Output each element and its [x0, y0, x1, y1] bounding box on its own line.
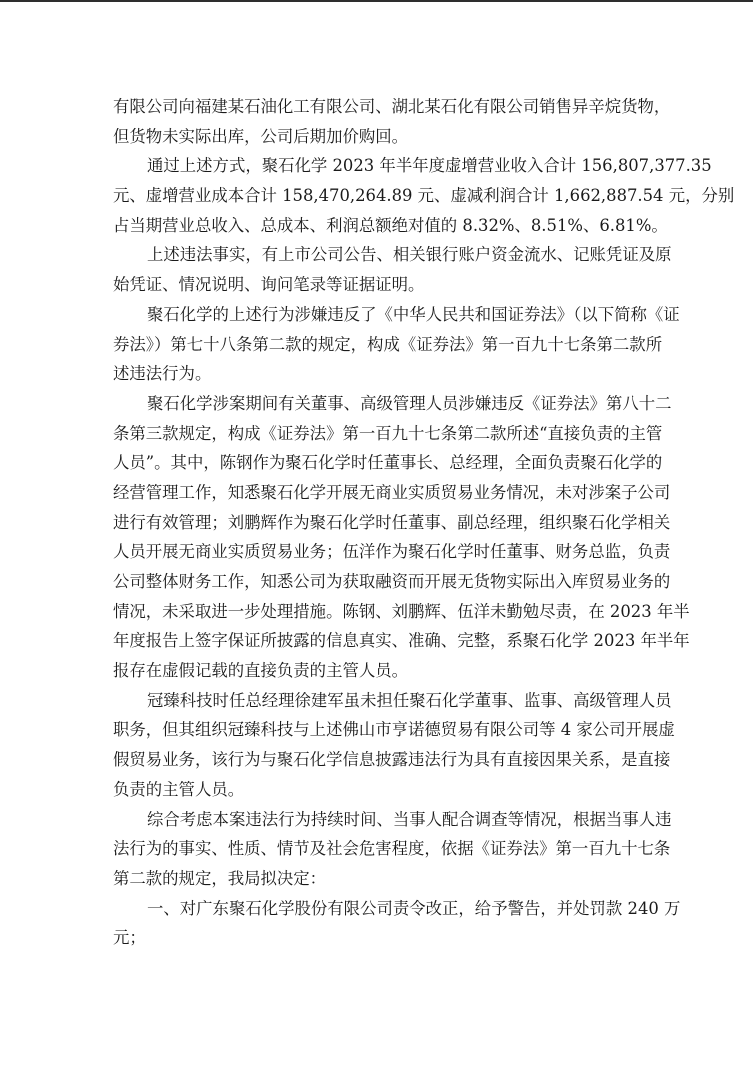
text-line: 负责的主管人员。 — [113, 775, 635, 805]
text-line: 综合考虑本案违法行为持续时间、当事人配合调查等情况，根据当事人违 — [113, 805, 635, 835]
text-line: 年度报告上签字保证所披露的信息真实、准确、完整，系聚石化学 2023 年半年 — [113, 626, 635, 656]
paragraph-evidence: 上述违法事实，有上市公司公告、相关银行账户资金流水、记账凭证及原 始凭证、情况说… — [113, 240, 635, 299]
text-line: 条第三款规定，构成《证券法》第一百九十七条第二款所述“直接负责的主管 — [113, 419, 635, 449]
text-line: 券法》）第七十八条第二款的规定，构成《证券法》第一百九十七条第二款所 — [113, 330, 635, 360]
paragraph-decision-item-1: 一、对广东聚石化学股份有限公司责令改正，给予警告，并处罚款 240 万 元； — [113, 894, 635, 953]
text-line: 经营管理工作，知悉聚石化学开展无商业实质贸易业务情况，未对涉案子公司 — [113, 478, 635, 508]
text-line: 假贸易业务，该行为与聚石化学信息披露违法行为具有直接因果关系，是直接 — [113, 745, 635, 775]
text-line: 述违法行为。 — [113, 359, 635, 389]
text-line: 冠臻科技时任总经理徐建军虽未担任聚石化学董事、监事、高级管理人员 — [113, 686, 635, 716]
text-line: 上述违法事实，有上市公司公告、相关银行账户资金流水、记账凭证及原 — [113, 240, 635, 270]
paragraph-inflated-figures: 通过上述方式，聚石化学 2023 年半年度虚增营业收入合计 156,807,37… — [113, 151, 635, 240]
paragraph-continuation: 有限公司向福建某石油化工有限公司、湖北某石化有限公司销售异辛烷货物， 但货物未实… — [113, 92, 635, 151]
text-line: 第二款的规定，我局拟决定： — [113, 864, 635, 894]
paragraph-guanzhen-tech: 冠臻科技时任总经理徐建军虽未担任聚石化学董事、监事、高级管理人员 职务，但其组织… — [113, 686, 635, 805]
text-line: 报存在虚假记载的直接负责的主管人员。 — [113, 656, 635, 686]
top-border-rule — [0, 0, 753, 2]
text-line: 始凭证、情况说明、询问笔录等证据证明。 — [113, 270, 635, 300]
paragraph-decision-basis: 综合考虑本案违法行为持续时间、当事人配合调查等情况，根据当事人违 法行为的事实、… — [113, 805, 635, 894]
text-line: 情况，未采取进一步处理措施。陈钢、刘鹏辉、伍洋未勤勉尽责，在 2023 年半 — [113, 597, 635, 627]
text-line: 公司整体财务工作，知悉公司为获取融资而开展无货物实际出入库贸易业务的 — [113, 567, 635, 597]
text-line: 进行有效管理；刘鹏辉作为聚石化学时任董事、副总经理，组织聚石化学相关 — [113, 508, 635, 538]
text-line: 职务，但其组织冠臻科技与上述佛山市亨诺德贸易有限公司等 4 家公司开展虚 — [113, 715, 635, 745]
text-line: 人员开展无商业实质贸易业务；伍洋作为聚石化学时任董事、财务总监，负责 — [113, 537, 635, 567]
paragraph-violation: 聚石化学的上述行为涉嫌违反了《中华人民共和国证券法》（以下简称《证 券法》）第七… — [113, 300, 635, 389]
text-line: 通过上述方式，聚石化学 2023 年半年度虚增营业收入合计 156,807,37… — [113, 151, 635, 181]
text-line: 有限公司向福建某石油化工有限公司、湖北某石化有限公司销售异辛烷货物， — [113, 92, 635, 122]
text-line: 占当期营业总收入、总成本、利润总额绝对值的 8.32%、8.51%、6.81%。 — [113, 211, 635, 241]
document-page: 有限公司向福建某石油化工有限公司、湖北某石化有限公司销售异辛烷货物， 但货物未实… — [113, 92, 635, 953]
text-line: 聚石化学涉案期间有关董事、高级管理人员涉嫌违反《证券法》第八十二 — [113, 389, 635, 419]
text-line: 聚石化学的上述行为涉嫌违反了《中华人民共和国证券法》（以下简称《证 — [113, 300, 635, 330]
text-line: 元、虚增营业成本合计 158,470,264.89 元、虚减利润合计 1,662… — [113, 181, 635, 211]
text-line: 法行为的事实、性质、情节及社会危害程度，依据《证券法》第一百九十七条 — [113, 834, 635, 864]
text-line: 一、对广东聚石化学股份有限公司责令改正，给予警告，并处罚款 240 万 — [113, 894, 635, 924]
paragraph-responsible-persons: 聚石化学涉案期间有关董事、高级管理人员涉嫌违反《证券法》第八十二 条第三款规定，… — [113, 389, 635, 686]
text-line: 但货物未实际出库，公司后期加价购回。 — [113, 122, 635, 152]
text-line: 元； — [113, 923, 635, 953]
text-line: 人员”。其中，陈钢作为聚石化学时任董事长、总经理，全面负责聚石化学的 — [113, 448, 635, 478]
